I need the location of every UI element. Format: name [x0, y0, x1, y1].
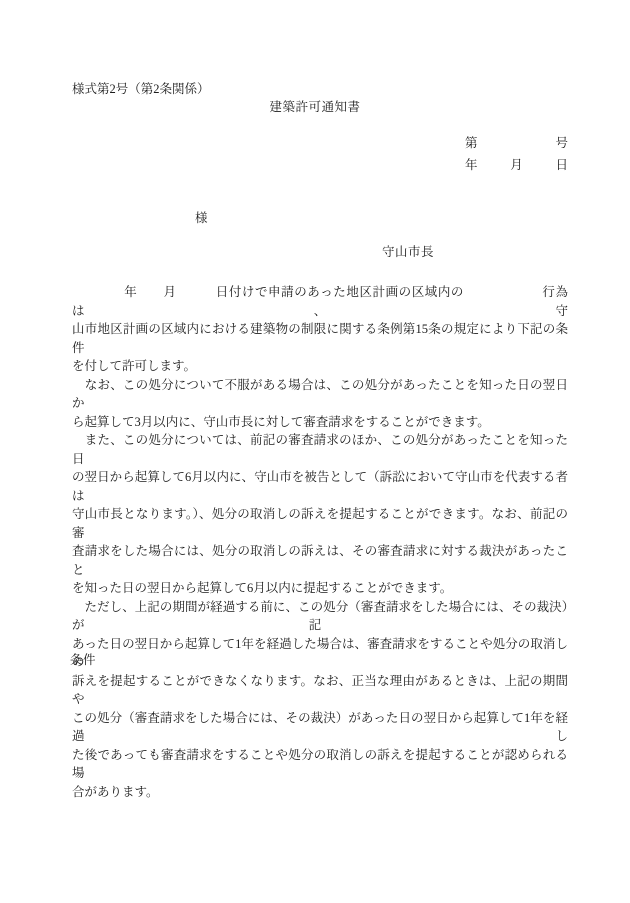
year-label: 年	[465, 159, 478, 172]
body-line: の翌日から起算して6月以内に、守山市を被告として（訴訟において守山市を代表する者…	[72, 468, 568, 505]
document-body: 年 月 日付けで申請のあった地区計画の区域内の 行為は、守山市地区計画の区域内に…	[72, 283, 568, 801]
body-line: なお、この処分について不服がある場合は、この処分があったことを知った日の翌日か	[72, 376, 568, 413]
body-line: 訴えを提起することができなくなります。なお、正当な理由があるときは、上記の期間や	[72, 672, 568, 709]
document-number-line: 第 号	[465, 137, 568, 150]
document-page: 様式第2号（第2条関係） 建築許可通知書 第 号 年 月 日 様 守山市長 年 …	[0, 0, 630, 903]
addressee-honorific: 様	[195, 212, 208, 225]
document-title: 建築許可通知書	[0, 101, 630, 114]
number-suffix-label: 号	[555, 137, 568, 150]
month-label: 月	[510, 159, 523, 172]
section-marker-ki: 記	[0, 619, 630, 632]
body-line: を付して許可します。	[72, 357, 568, 376]
date-line: 年 月 日	[465, 159, 568, 172]
body-line: た後であっても審査請求をすることや処分の取消しの訴えを提起することが認められる場	[72, 746, 568, 783]
body-line: 査請求をした場合には、処分の取消しの訴えは、その審査請求に対する裁決があったこと	[72, 542, 568, 579]
body-line: また、この処分については、前記の審査請求のほか、この処分があったことを知った日	[72, 431, 568, 468]
number-prefix-label: 第	[465, 137, 478, 150]
body-line: この処分（審査請求をした場合には、その裁決）があった日の翌日から起算して1年を経…	[72, 709, 568, 746]
body-line: あった日の翌日から起算して1年を経過した場合は、審査請求をすることや処分の取消し…	[72, 635, 568, 672]
body-line: 山市地区計画の区域内における建築物の制限に関する条例第15条の規定により下記の条…	[72, 320, 568, 357]
day-label: 日	[555, 159, 568, 172]
body-line: ら起算して3月以内に、守山市長に対して審査請求をすることができます。	[72, 413, 568, 432]
conditions-heading: 条件	[70, 654, 96, 667]
body-line: 守山市長となります。）、処分の取消しの訴えを提起することができます。なお、前記の…	[72, 505, 568, 542]
body-line: 年 月 日付けで申請のあった地区計画の区域内の 行為は、守	[72, 283, 568, 320]
form-number: 様式第2号（第2条関係）	[72, 83, 210, 96]
issuer-name: 守山市長	[382, 246, 434, 259]
body-line: 合があります。	[72, 783, 568, 802]
body-line: を知った日の翌日から起算して6月以内に提起することができます。	[72, 579, 568, 598]
